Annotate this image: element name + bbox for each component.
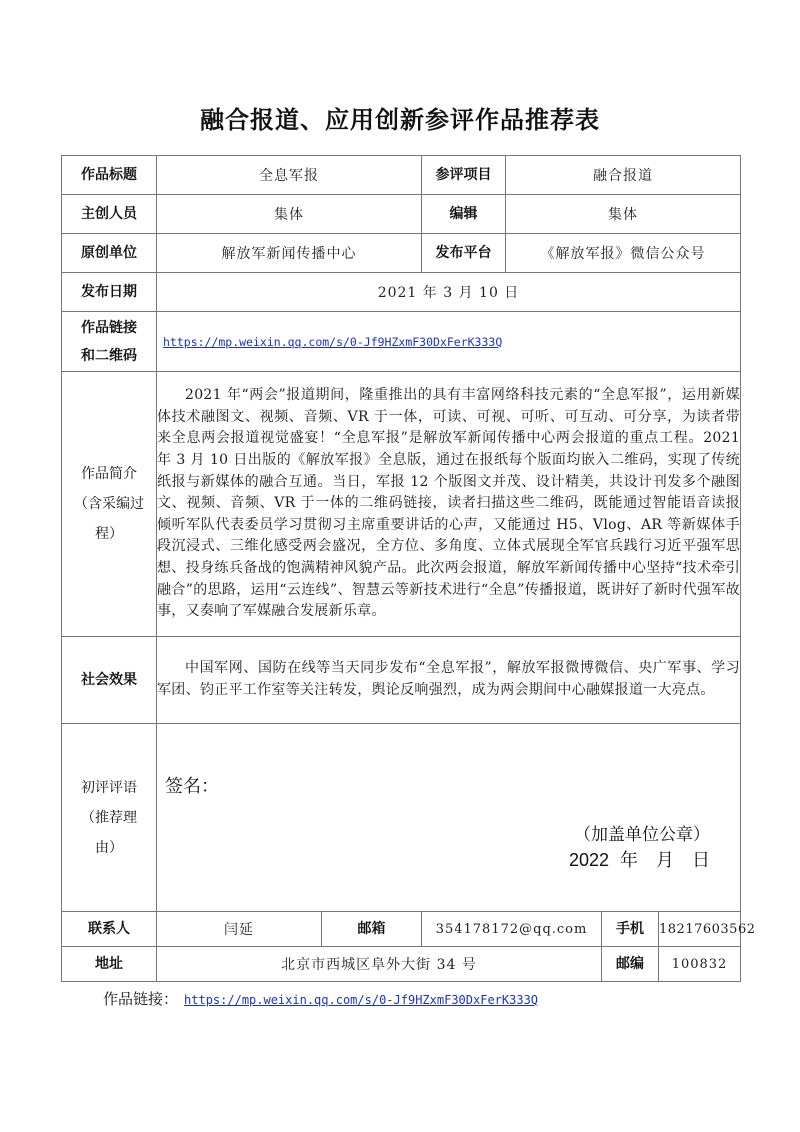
creators-label: 主创人员 [62,195,157,234]
summary-label-line3: 程） [62,519,156,549]
review-content: 签名： （加盖单位公章） 2022 年 月 日 [157,724,741,912]
work-link[interactable]: https://mp.weixin.qq.com/s/0-Jf9HZxmF30D… [163,335,502,349]
review-label-line1: 初评评语 [62,773,156,803]
row-creators: 主创人员 集体 编辑 集体 [62,195,741,234]
review-label-line3: 由） [62,833,156,863]
postcode-value: 100832 [659,947,741,982]
publish-date-label: 发布日期 [62,273,157,312]
stamp-note: （加盖单位公章） [574,820,710,845]
origin-unit-label: 原创单位 [62,234,157,273]
platform-label: 发布平台 [422,234,506,273]
contact-value: 闫延 [157,912,322,947]
social-effect-label: 社会效果 [62,637,157,724]
link-label-line2: 和二维码 [62,342,156,370]
signature-label: 签名： [165,772,219,798]
phone-value: 18217603562 [659,912,741,947]
row-address: 地址 北京市西城区阜外大街 34 号 邮编 100832 [62,947,741,982]
review-label: 初评评语 （推荐理 由） [62,724,157,912]
row-review: 初评评语 （推荐理 由） 签名： （加盖单位公章） 2022 年 月 日 [62,724,741,912]
row-publish-date: 发布日期 2021 年 3 月 10 日 [62,273,741,312]
postcode-label: 邮编 [602,947,659,982]
origin-unit-value: 解放军新闻传播中心 [157,234,422,273]
summary-text: 2021 年“两会”报道期间，隆重推出的具有丰富网络科技元素的“全息军报”，运用… [157,372,741,637]
address-label: 地址 [62,947,157,982]
email-label: 邮箱 [322,912,422,947]
address-value: 北京市西城区阜外大街 34 号 [157,947,602,982]
row-origin-unit: 原创单位 解放军新闻传播中心 发布平台 《解放军报》微信公众号 [62,234,741,273]
row-social-effect: 社会效果 中国军网、国防在线等当天同步发布“全息军报”，解放军报微博微信、央广军… [62,637,741,724]
recommendation-form-table: 作品标题 全息军报 参评项目 融合报道 主创人员 集体 编辑 集体 原创单位 解… [61,155,741,982]
row-work-title: 作品标题 全息军报 参评项目 融合报道 [62,156,741,195]
publish-date-value: 2021 年 3 月 10 日 [157,273,741,312]
summary-label: 作品简介 （含采编过 程） [62,372,157,637]
summary-label-line1: 作品简介 [62,459,156,489]
review-date: 2022 年 月 日 [569,846,710,872]
work-title-label: 作品标题 [62,156,157,195]
phone-label: 手机 [602,912,659,947]
row-summary: 作品简介 （含采编过 程） 2021 年“两会”报道期间，隆重推出的具有丰富网络… [62,372,741,637]
footer-link-label: 作品链接： [103,990,178,1008]
row-link: 作品链接 和二维码 https://mp.weixin.qq.com/s/0-J… [62,312,741,372]
editor-value: 集体 [506,195,741,234]
footer-link-line: 作品链接：https://mp.weixin.qq.com/s/0-Jf9HZx… [103,988,538,1009]
editor-label: 编辑 [422,195,506,234]
page-title: 融合报道、应用创新参评作品推荐表 [0,100,800,135]
footer-work-link[interactable]: https://mp.weixin.qq.com/s/0-Jf9HZxmF30D… [184,993,538,1007]
category-label: 参评项目 [422,156,506,195]
platform-value: 《解放军报》微信公众号 [506,234,741,273]
link-label: 作品链接 和二维码 [62,312,157,372]
social-effect-text: 中国军网、国防在线等当天同步发布“全息军报”，解放军报微博微信、央广军事、学习军… [157,637,741,724]
category-value: 融合报道 [506,156,741,195]
row-contact: 联系人 闫延 邮箱 354178172@qq.com 手机 1821760356… [62,912,741,947]
summary-label-line2: （含采编过 [62,489,156,519]
link-label-line1: 作品链接 [62,314,156,342]
email-value: 354178172@qq.com [422,912,602,947]
creators-value: 集体 [157,195,422,234]
contact-label: 联系人 [62,912,157,947]
review-label-line2: （推荐理 [62,803,156,833]
work-title-value: 全息军报 [157,156,422,195]
